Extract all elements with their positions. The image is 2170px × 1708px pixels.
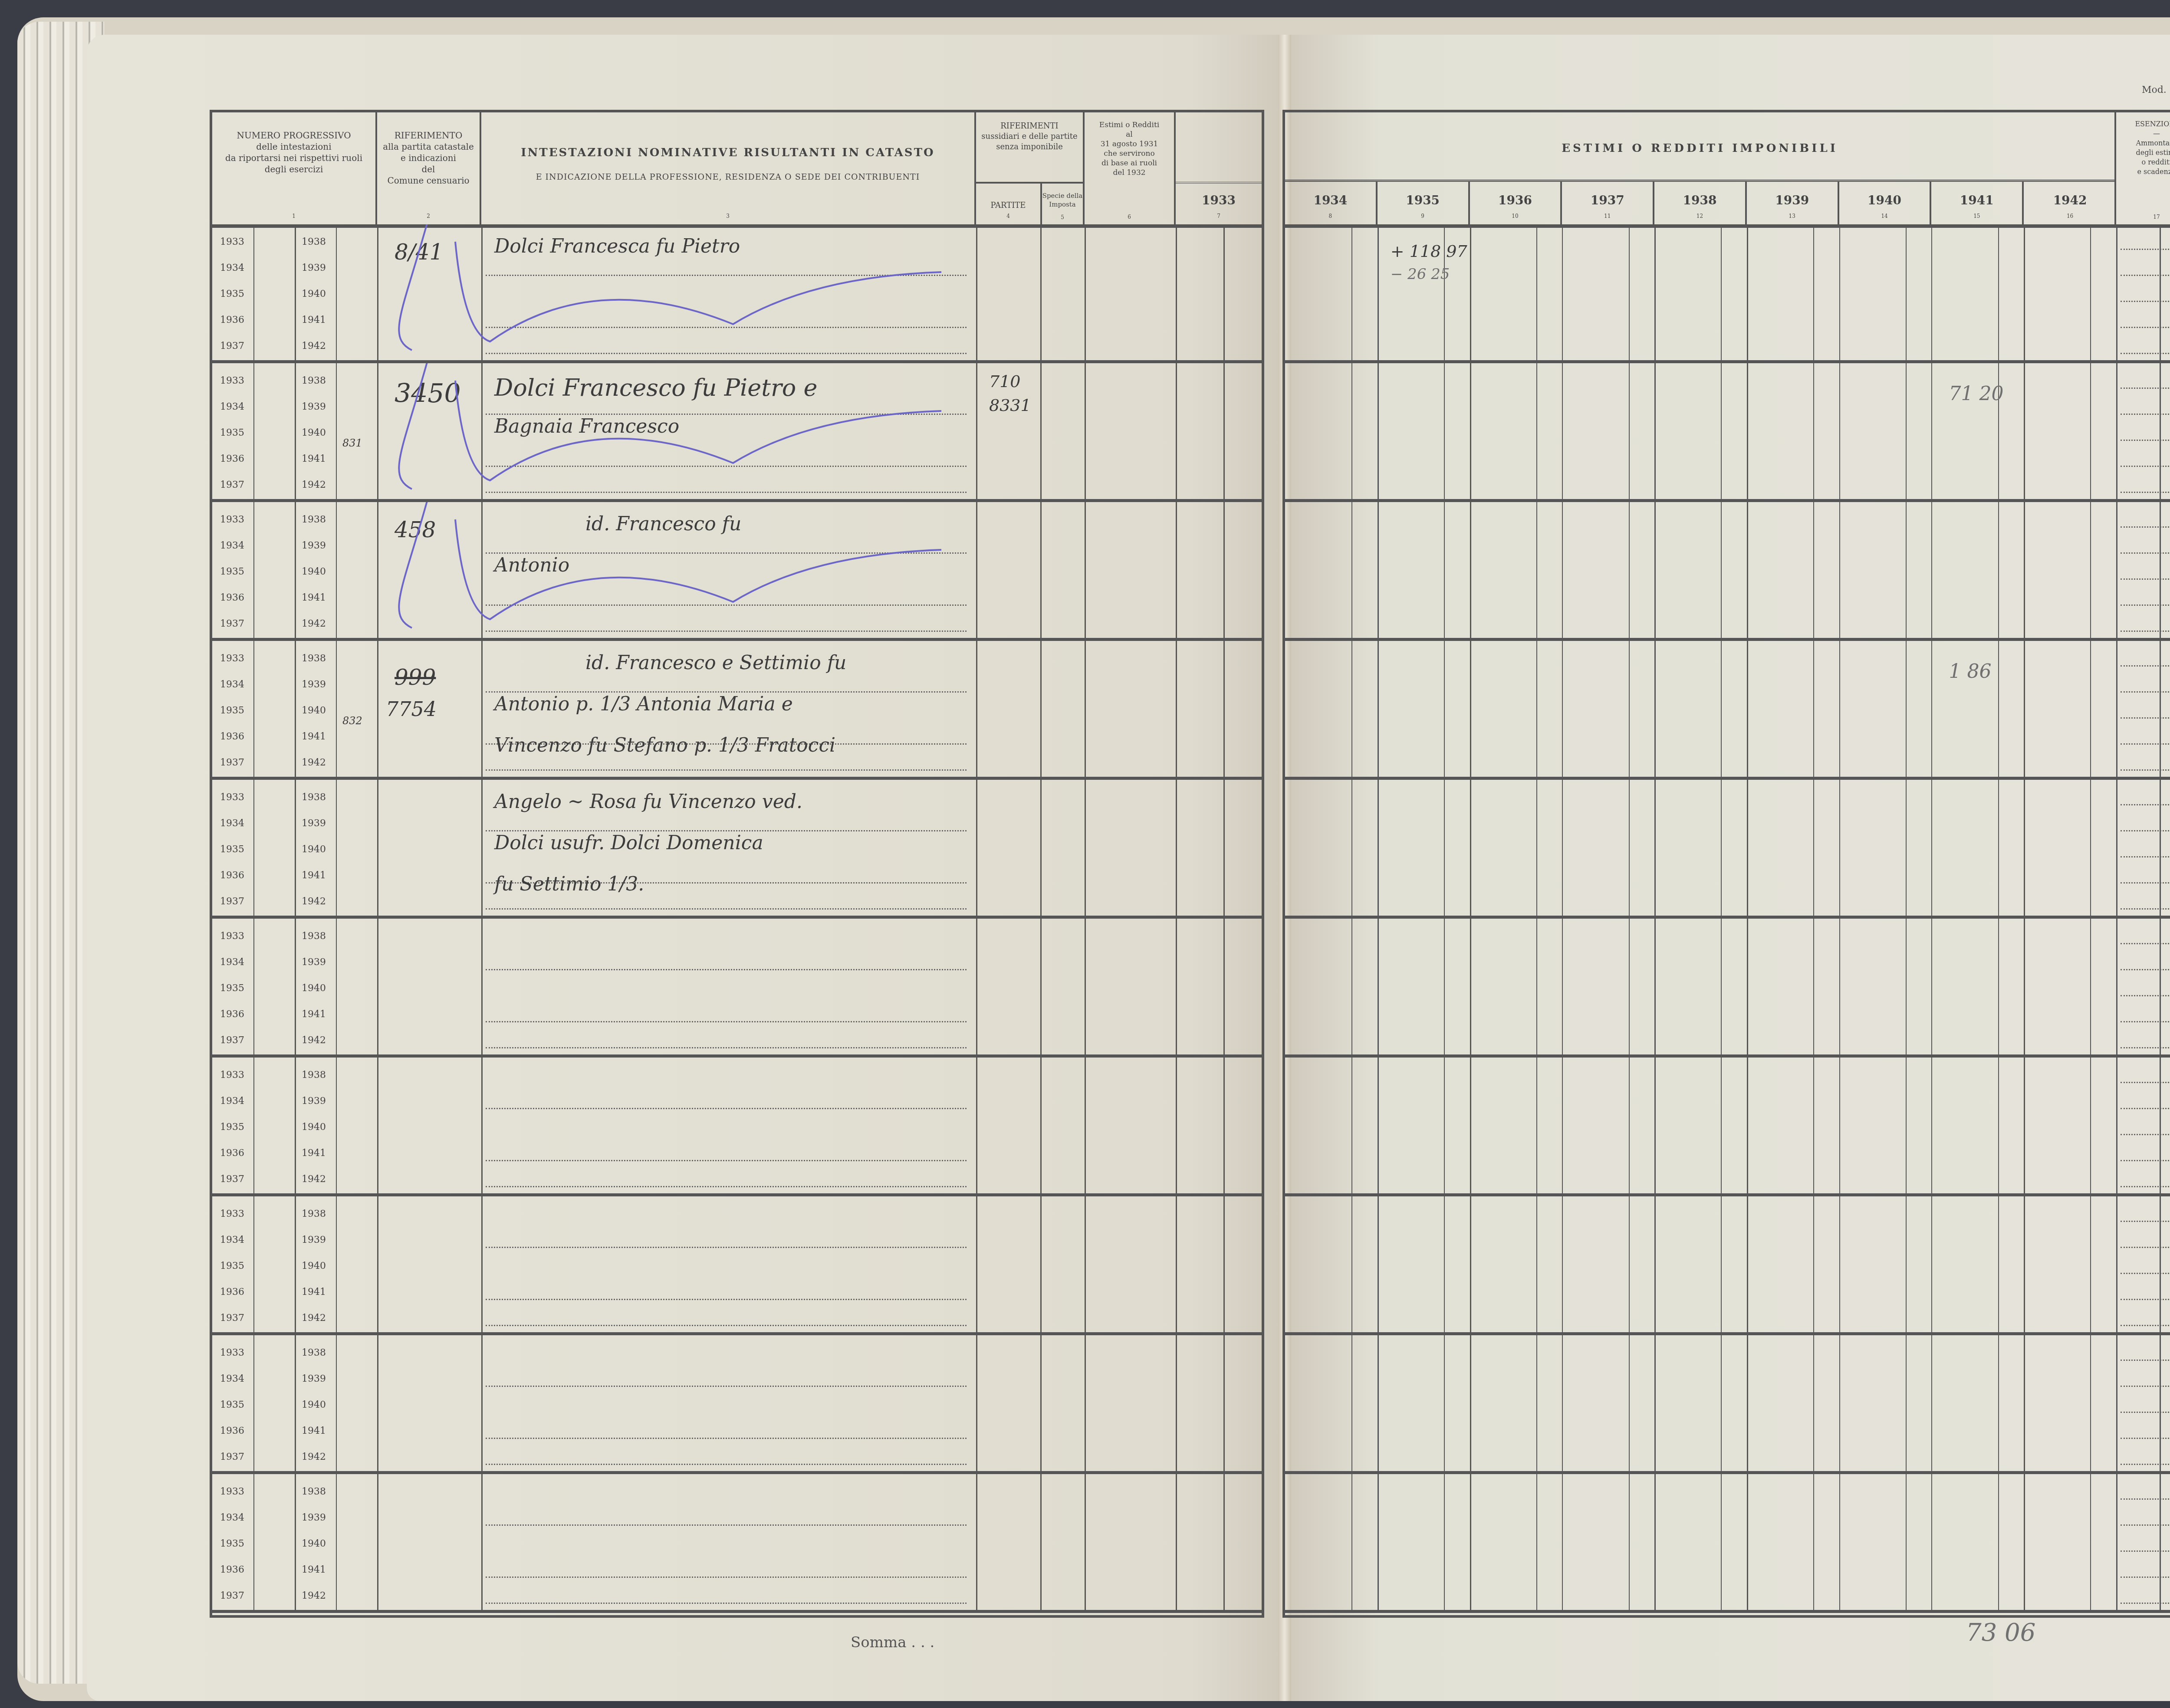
year-label: 1942 xyxy=(302,896,326,907)
register-entry-right: 1 86959 xyxy=(1285,641,2170,780)
year-label: 1940 xyxy=(302,983,326,994)
year-label: 1937 xyxy=(220,1313,244,1324)
year-label: 1937 xyxy=(220,1590,244,1601)
register-entry-left: 1933193819341939193519401936194119371942 xyxy=(212,1196,1262,1335)
year-label: 1938 xyxy=(302,514,326,525)
register-entry-right xyxy=(1285,780,2170,919)
header-year-1942: 194216 xyxy=(2024,182,2116,224)
year-label: 1935 xyxy=(220,427,244,438)
side-reference: 832 xyxy=(342,715,362,727)
header-estimi-1931: Estimi o Redditial31 agosto 1931che serv… xyxy=(1085,112,1176,224)
year-label: 1940 xyxy=(302,705,326,716)
header-year-1939: 193913 xyxy=(1747,182,1839,224)
year-label: 1939 xyxy=(302,1373,326,1384)
register-entry-left: 1933193819341939193519401936194119371942 xyxy=(212,919,1262,1058)
year-label: 1936 xyxy=(220,870,244,881)
year-label: 1941 xyxy=(302,731,326,742)
estimo-1941: 1 86 xyxy=(1949,660,1991,683)
form-title: Mod. 111 - Imposte Dirette (Intercalare) xyxy=(2142,85,2170,95)
cancellation-stroke xyxy=(377,502,976,641)
year-label: 1933 xyxy=(220,375,244,386)
header-riferimento: RIFERIMENTOalla partita catastalee indic… xyxy=(377,112,481,224)
year-label: 1934 xyxy=(220,679,244,690)
year-label: 1941 xyxy=(302,1009,326,1020)
year-label: 1936 xyxy=(220,592,244,603)
year-label: 1941 xyxy=(302,315,326,325)
year-label: 1934 xyxy=(220,1096,244,1107)
year-label: 1940 xyxy=(302,844,326,855)
year-label: 1936 xyxy=(220,1009,244,1020)
register-entry-left: 1933193819341939193519401936194119371942 xyxy=(212,1058,1262,1196)
year-label: 1939 xyxy=(302,401,326,412)
header-year-1940: 194014 xyxy=(1839,182,1932,224)
estimo-1935: + 118 97 xyxy=(1391,242,1467,261)
year-label: 1941 xyxy=(302,1564,326,1575)
riferimento-partita-new: 7754 xyxy=(386,697,437,721)
year-label: 1940 xyxy=(302,566,326,577)
year-label: 1938 xyxy=(302,1209,326,1219)
year-label: 1933 xyxy=(220,1347,244,1358)
register-entry-right xyxy=(1285,1335,2170,1474)
year-label: 1939 xyxy=(302,263,326,273)
year-label: 1940 xyxy=(302,289,326,299)
register-entry-right: + 118 97− 26 25 xyxy=(1285,224,2170,363)
left-header: NUMERO PROGRESSIVOdelle intestazionida r… xyxy=(212,112,1262,228)
form-title-main: Mod. 111 - Imposte Dirette xyxy=(2142,85,2170,95)
year-label: 1942 xyxy=(302,341,326,351)
intestazione-line: Antonio p. 1/3 Antonia Maria e xyxy=(494,693,793,715)
header-year-1935: 19359 xyxy=(1378,182,1470,224)
register-entry-right xyxy=(1285,1196,2170,1335)
year-label: 1936 xyxy=(220,1287,244,1297)
header-year-1933: 1933 7 xyxy=(1176,112,1262,224)
year-label: 1933 xyxy=(220,236,244,247)
cancellation-stroke xyxy=(377,224,976,363)
register-entry-left: 1933193819341939193519401936194119371942… xyxy=(212,224,1262,363)
estimo-1941: 71 20 xyxy=(1949,383,2003,405)
year-label: 1934 xyxy=(220,263,244,273)
year-label: 1938 xyxy=(302,1486,326,1497)
header-year-1937: 193711 xyxy=(1562,182,1654,224)
year-label: 1936 xyxy=(220,1426,244,1436)
year-label: 1935 xyxy=(220,1122,244,1133)
year-label: 1934 xyxy=(220,540,244,551)
year-label: 1938 xyxy=(302,792,326,803)
year-label: 1934 xyxy=(220,818,244,829)
register-entry-right xyxy=(1285,919,2170,1058)
year-label: 1933 xyxy=(220,1209,244,1219)
year-label: 1940 xyxy=(302,1538,326,1549)
year-label: 1940 xyxy=(302,427,326,438)
register-entry-left: 1933193819341939193519401936194119371942… xyxy=(212,780,1262,919)
year-label: 1937 xyxy=(220,1452,244,1462)
year-label: 1933 xyxy=(220,1486,244,1497)
intestazione-line: fu Settimio 1/3. xyxy=(494,873,644,895)
register-entry-left: 1933193819341939193519401936194119371942 xyxy=(212,1335,1262,1474)
year-label: 1935 xyxy=(220,566,244,577)
year-label: 1935 xyxy=(220,1399,244,1410)
year-label: 1936 xyxy=(220,1564,244,1575)
year-label: 1939 xyxy=(302,818,326,829)
intestazioni-subtitle: E INDICAZIONE DELLA PROFESSIONE, RESIDEN… xyxy=(481,171,974,183)
partita-number: 710 xyxy=(989,372,1021,391)
intestazione-line: Dolci usufr. Dolci Domenica xyxy=(494,832,763,854)
year-label: 1941 xyxy=(302,453,326,464)
intestazione-line: id. Francesco e Settimio fu xyxy=(585,652,846,674)
register-entry-right: 71 20938 xyxy=(1285,363,2170,502)
estimo-1935-adjust: − 26 25 xyxy=(1391,266,1450,283)
header-numero-progressivo: NUMERO PROGRESSIVOdelle intestazionida r… xyxy=(212,112,377,224)
year-label: 1935 xyxy=(220,705,244,716)
year-label: 1937 xyxy=(220,757,244,768)
year-label: 1933 xyxy=(220,1070,244,1081)
year-label: 1939 xyxy=(302,957,326,968)
year-label: 1941 xyxy=(302,592,326,603)
header-year-1934: 19348 xyxy=(1285,182,1378,224)
header-esenzioni: ESENZIONI—Ammontaredegli estimio redditi… xyxy=(2116,112,2170,224)
year-label: 1941 xyxy=(302,1148,326,1159)
year-label: 1936 xyxy=(220,1148,244,1159)
year-label: 1939 xyxy=(302,1235,326,1245)
year-label: 1939 xyxy=(302,1512,326,1523)
year-label: 1937 xyxy=(220,896,244,907)
year-label: 1935 xyxy=(220,1261,244,1271)
year-label: 1942 xyxy=(302,757,326,768)
year-label: 1942 xyxy=(302,480,326,490)
right-header: ESTIMI O REDDITI IMPONIBILI 193481935919… xyxy=(1285,112,2170,228)
register-entry-left: 1933193819341939193519401936194119371942 xyxy=(212,1474,1262,1613)
year-label: 1938 xyxy=(302,375,326,386)
year-label: 1939 xyxy=(302,540,326,551)
register-entry-right xyxy=(1285,1474,2170,1613)
year-label: 1941 xyxy=(302,1426,326,1436)
year-label: 1940 xyxy=(302,1399,326,1410)
year-label: 1942 xyxy=(302,618,326,629)
header-intestazioni: INTESTAZIONI NOMINATIVE RISULTANTI IN CA… xyxy=(481,112,976,224)
year-label: 1942 xyxy=(302,1174,326,1185)
register-entry-left: 1933193819341939193519401936194119371942… xyxy=(212,641,1262,780)
year-label: 1933 xyxy=(220,792,244,803)
year-label: 1934 xyxy=(220,401,244,412)
intestazione-line: Angelo ~ Rosa fu Vincenzo ved. xyxy=(494,791,802,813)
year-label: 1937 xyxy=(220,618,244,629)
header-year-1938: 193812 xyxy=(1654,182,1747,224)
register-entry-right xyxy=(1285,1058,2170,1196)
year-label: 1933 xyxy=(220,514,244,525)
year-label: 1933 xyxy=(220,653,244,664)
year-label: 1934 xyxy=(220,1373,244,1384)
year-label: 1934 xyxy=(220,1512,244,1523)
header-riferimenti-sussidiari: RIFERIMENTI sussidiari e delle partite s… xyxy=(976,112,1085,224)
left-register-table: NUMERO PROGRESSIVOdelle intestazionida r… xyxy=(210,110,1264,1618)
year-label: 1941 xyxy=(302,870,326,881)
year-label: 1941 xyxy=(302,1287,326,1297)
intestazione-line: Vincenzo fu Stefano p. 1/3 Fratocci xyxy=(494,734,835,756)
year-label: 1942 xyxy=(302,1035,326,1046)
year-label: 1935 xyxy=(220,1538,244,1549)
year-label: 1936 xyxy=(220,453,244,464)
cancellation-stroke xyxy=(377,363,976,502)
year-label: 1937 xyxy=(220,480,244,490)
right-register-table: ESTIMI O REDDITI IMPONIBILI 193481935919… xyxy=(1282,110,2170,1618)
year-label: 1937 xyxy=(220,1174,244,1185)
partita-number: 8331 xyxy=(989,396,1031,415)
somma-label: Somma . . . xyxy=(851,1634,934,1651)
year-label: 1936 xyxy=(220,731,244,742)
year-label: 1933 xyxy=(220,931,244,942)
year-label: 1940 xyxy=(302,1122,326,1133)
year-label: 1934 xyxy=(220,1235,244,1245)
year-label: 1938 xyxy=(302,1070,326,1081)
year-label: 1942 xyxy=(302,1590,326,1601)
header-specie-imposta: Specie della Imposta xyxy=(1042,191,1083,209)
side-reference: 831 xyxy=(342,437,362,449)
year-label: 1935 xyxy=(220,289,244,299)
register-entry-left: 1933193819341939193519401936194119371942… xyxy=(212,502,1262,641)
year-label: 1940 xyxy=(302,1261,326,1271)
year-label: 1937 xyxy=(220,341,244,351)
register-entry-left: 1933193819341939193519401936194119371942… xyxy=(212,363,1262,502)
year-label: 1938 xyxy=(302,931,326,942)
intestazioni-title: INTESTAZIONI NOMINATIVE RISULTANTI IN CA… xyxy=(481,147,974,158)
riferimento-partita: 999 xyxy=(395,665,436,690)
header-year-1941: 194115 xyxy=(1931,182,2024,224)
year-label: 1938 xyxy=(302,1347,326,1358)
somma-1941-value: 73 06 xyxy=(1966,1619,2035,1647)
register-entry-right xyxy=(1285,502,2170,641)
year-label: 1936 xyxy=(220,315,244,325)
header-partite: PARTITE xyxy=(976,183,1040,211)
header-year-1936: 193610 xyxy=(1470,182,1562,224)
year-label: 1938 xyxy=(302,653,326,664)
year-label: 1942 xyxy=(302,1313,326,1324)
year-label: 1939 xyxy=(302,679,326,690)
year-label: 1937 xyxy=(220,1035,244,1046)
year-label: 1938 xyxy=(302,236,326,247)
year-label: 1942 xyxy=(302,1452,326,1462)
year-label: 1939 xyxy=(302,1096,326,1107)
year-label: 1935 xyxy=(220,983,244,994)
year-label: 1934 xyxy=(220,957,244,968)
header-estimi-imponibili: ESTIMI O REDDITI IMPONIBILI 193481935919… xyxy=(1285,112,2116,224)
year-label: 1935 xyxy=(220,844,244,855)
